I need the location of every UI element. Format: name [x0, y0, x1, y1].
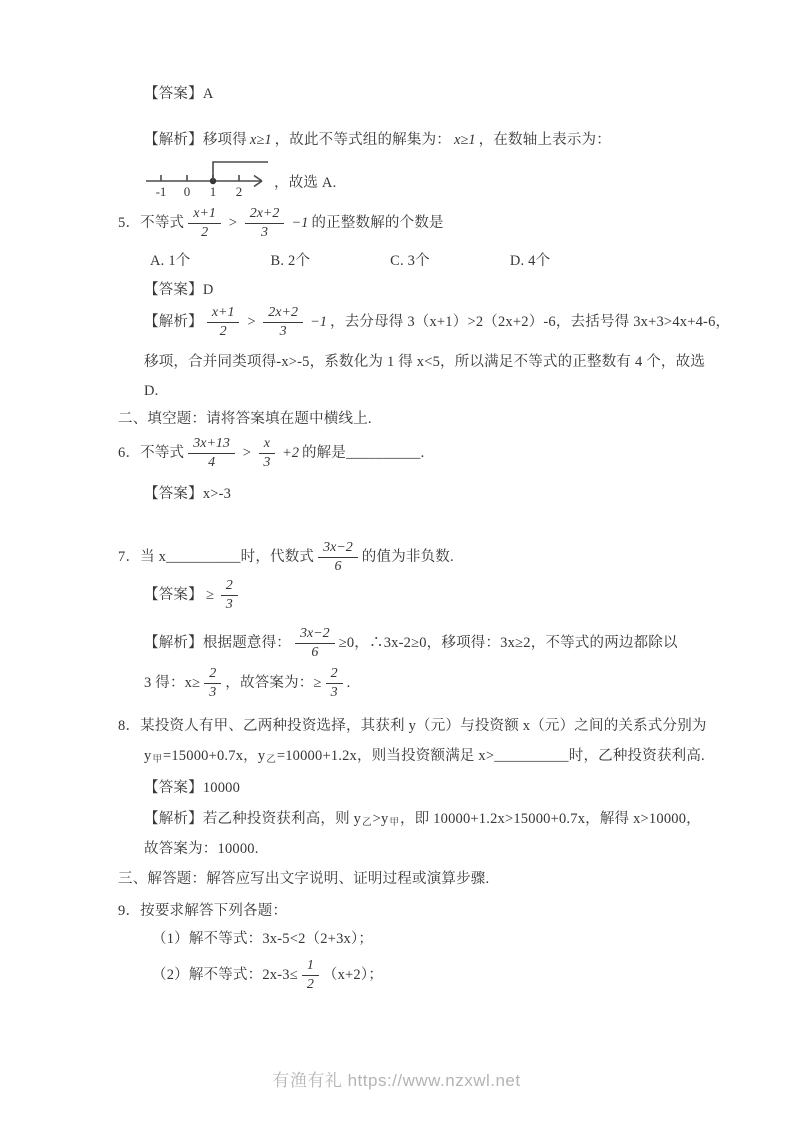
section-2-heading: 二、填空题：请将答案填在题中横线上.	[118, 410, 372, 430]
text-segment: （x+2）；	[323, 966, 383, 986]
option-d: D. 4个	[510, 252, 550, 272]
section-3-heading: 三、解答题：解答应写出文字说明、证明过程或演算步骤.	[118, 870, 489, 890]
math-expression: +2	[282, 444, 299, 464]
text-segment: 二、填空题：请将答案填在题中横线上.	[118, 410, 372, 430]
text-segment: 的解是__________.	[302, 444, 424, 464]
fraction-denominator: 3	[331, 684, 338, 701]
text-segment: y	[144, 747, 151, 767]
text-segment: D.	[144, 382, 159, 402]
q4-answer-line: 【答案】A	[144, 85, 213, 105]
subscript: 甲	[389, 817, 399, 830]
fraction-denominator: 4	[208, 454, 215, 471]
text-segment: 7．当 x__________时，代数式	[118, 548, 314, 568]
fraction: 2x+23	[263, 305, 303, 340]
text-segment: 故答案为：10000.	[144, 840, 259, 860]
bracket-label: 【答案】	[144, 281, 203, 301]
text-segment: 三、解答题：解答应写出文字说明、证明过程或演算步骤.	[118, 870, 489, 890]
q7-answer-line: 【答案】≥23	[144, 578, 242, 613]
fraction: 23	[204, 666, 221, 701]
text-segment: =15000+0.7x，y	[163, 747, 265, 767]
fraction-numerator: x+1	[207, 305, 240, 323]
number-line-graphic: -1 0 1 2	[144, 148, 274, 198]
fraction: 3x−26	[318, 540, 358, 575]
text-segment: 6．不等式	[118, 444, 184, 464]
q8-explanation-line-1: 【解析】若乙种投资获利高，则 y乙>y甲，即 10000+1.2x>15000+…	[144, 810, 701, 830]
math-expression: >	[228, 214, 238, 234]
q9-part-2-line: （2）解不等式：2x-3≤12（x+2）；	[152, 958, 383, 993]
text-segment: ≥0，∴3x-2≥0，移项得：3x≥2，不等式的两边都除以	[339, 634, 678, 654]
number-line-caption: ，故选 A.	[274, 174, 336, 194]
fraction-denominator: 2	[201, 224, 208, 241]
q5-answer-line: 【答案】D	[144, 281, 213, 301]
q5-explanation-line-1: 【解析】x+12>2x+23−1，去分母得 3（x+1）>2（2x+2）-6，去…	[144, 305, 730, 340]
fraction-denominator: 6	[311, 644, 318, 661]
q7-explanation-line-2: 3 得：x≥23，故答案为：≥23.	[144, 666, 350, 701]
fraction-denominator: 2	[307, 976, 314, 993]
site-watermark: 有渔有礼 https://www.nzxwl.net	[0, 1066, 793, 1091]
fraction: 23	[326, 666, 343, 701]
math-expression: x≥1	[454, 131, 476, 151]
q5-stem-line: 5．不等式x+12>2x+23−1的正整数解的个数是	[118, 206, 444, 241]
text-segment: ，故答案为：≥	[225, 674, 321, 694]
q7-stem-line: 7．当 x__________时，代数式3x−26的值为非负数.	[118, 540, 454, 575]
fraction-numerator: 2	[326, 666, 343, 684]
bracket-label: 【解析】	[144, 810, 203, 830]
math-expression: −1	[310, 313, 327, 333]
text-segment: 根据题意得：	[203, 634, 291, 654]
bracket-label: 【解析】	[144, 313, 203, 333]
text-segment: （2）解不等式：2x-3≤	[152, 966, 298, 986]
fraction-numerator: 2	[204, 666, 221, 684]
fraction-numerator: 3x+13	[188, 436, 235, 454]
q7-explanation-line-1: 【解析】根据题意得：3x−26≥0，∴3x-2≥0，移项得：3x≥2，不等式的两…	[144, 626, 678, 661]
fraction-denominator: 3	[261, 224, 268, 241]
text-segment: 9．按要求解答下列各题：	[118, 902, 287, 922]
option-c: C. 3个	[390, 252, 430, 272]
math-expression: −1	[291, 214, 308, 234]
text-segment: ，在数轴上表示为：	[479, 131, 611, 151]
q8-answer-line: 【答案】10000	[144, 779, 240, 799]
fraction: 23	[221, 578, 238, 613]
text-segment: 若乙种投资获利高，则 y	[203, 810, 361, 830]
text-segment: 10000	[203, 779, 240, 799]
fraction-denominator: 6	[334, 558, 341, 575]
fraction-numerator: 2	[221, 578, 238, 596]
bracket-label: 【答案】	[144, 85, 203, 105]
bracket-label: 【解析】	[144, 634, 203, 654]
fraction-denominator: 3	[280, 323, 287, 340]
text-segment: 的值为非负数.	[362, 548, 454, 568]
q8-explanation-line-2: 故答案为：10000.	[144, 840, 259, 860]
math-expression: >	[242, 444, 252, 464]
q5-options-row: A. 1个 B. 2个 C. 3个 D. 4个	[150, 252, 550, 272]
fraction-numerator: 2x+2	[245, 206, 285, 224]
q8-stem-line-2: y甲=15000+0.7x，y乙=10000+1.2x，则当投资额满足 x>__…	[144, 747, 705, 767]
fraction-denominator: 3	[226, 596, 233, 613]
math-expression: ≥	[206, 586, 214, 606]
fraction: 3x−26	[295, 626, 335, 661]
fraction-numerator: 3x−2	[295, 626, 335, 644]
solution-ray	[213, 162, 268, 181]
fraction-numerator: 3x−2	[318, 540, 358, 558]
bracket-label: 【答案】	[144, 779, 203, 799]
tick-label: 2	[236, 184, 243, 198]
number-line-figure-row: -1 0 1 2 ，故选 A.	[144, 148, 336, 198]
fraction-numerator: 2x+2	[263, 305, 303, 323]
text-segment: ，去分母得 3（x+1）>2（2x+2）-6，去括号得 3x+3>4x+4-6，	[330, 313, 730, 333]
fraction-denominator: 3	[209, 684, 216, 701]
tick-label: -1	[156, 184, 167, 198]
fraction-numerator: 1	[302, 958, 319, 976]
fraction: 3x+134	[188, 436, 235, 471]
subscript: 乙	[362, 817, 372, 830]
fraction-denominator: 2	[220, 323, 227, 340]
fraction: 2x+23	[245, 206, 285, 241]
bracket-label: 【答案】	[144, 485, 203, 505]
text-segment: 移项，合并同类项得-x>-5，系数化为 1 得 x<5，所以满足不等式的正整数有…	[144, 353, 705, 373]
text-segment: 8．某投资人有甲、乙两种投资选择，其获利 y（元）与投资额 x（元）之间的关系式…	[118, 717, 707, 737]
subscript: 甲	[152, 754, 162, 767]
fraction-denominator: 3	[263, 454, 270, 471]
fraction: 12	[302, 958, 319, 993]
q9-part-1-line: （1）解不等式：3x-5<2（2+3x）；	[152, 930, 373, 950]
text-segment: A	[203, 85, 214, 105]
fraction: x+12	[188, 206, 221, 241]
text-segment: （1）解不等式：3x-5<2（2+3x）；	[152, 930, 373, 950]
fraction-numerator: x+1	[188, 206, 221, 224]
subscript: 乙	[266, 754, 276, 767]
text-segment: 的正整数解的个数是	[311, 214, 443, 234]
fraction-numerator: x	[259, 436, 275, 454]
bracket-label: 【答案】	[144, 586, 203, 606]
text-segment: .	[347, 674, 351, 694]
q9-stem-line: 9．按要求解答下列各题：	[118, 902, 287, 922]
text-segment: 5．不等式	[118, 214, 184, 234]
q5-explanation-line-2: 移项，合并同类项得-x>-5，系数化为 1 得 x<5，所以满足不等式的正整数有…	[144, 353, 705, 373]
option-b: B. 2个	[270, 252, 310, 272]
text-segment: x>-3	[203, 485, 231, 505]
math-expression: >	[246, 313, 256, 333]
q6-answer-line: 【答案】x>-3	[144, 485, 231, 505]
text-segment: =10000+1.2x，则当投资额满足 x>__________时，乙种投资获利…	[277, 747, 705, 767]
fraction: x+12	[207, 305, 240, 340]
text-segment: >y	[373, 810, 389, 830]
text-segment: 3 得：x≥	[144, 674, 200, 694]
q8-stem-line-1: 8．某投资人有甲、乙两种投资选择，其获利 y（元）与投资额 x（元）之间的关系式…	[118, 717, 707, 737]
q5-explanation-line-3: D.	[144, 382, 159, 402]
q6-stem-line: 6．不等式3x+134>x3+2的解是__________.	[118, 436, 424, 471]
fraction: x3	[259, 436, 275, 471]
option-a: A. 1个	[150, 252, 190, 272]
text-segment: D	[203, 281, 214, 301]
tick-label: 1	[210, 184, 217, 198]
text-segment: ，即 10000+1.2x>15000+0.7x，解得 x>10000，	[400, 810, 701, 830]
tick-label: 0	[184, 184, 191, 198]
